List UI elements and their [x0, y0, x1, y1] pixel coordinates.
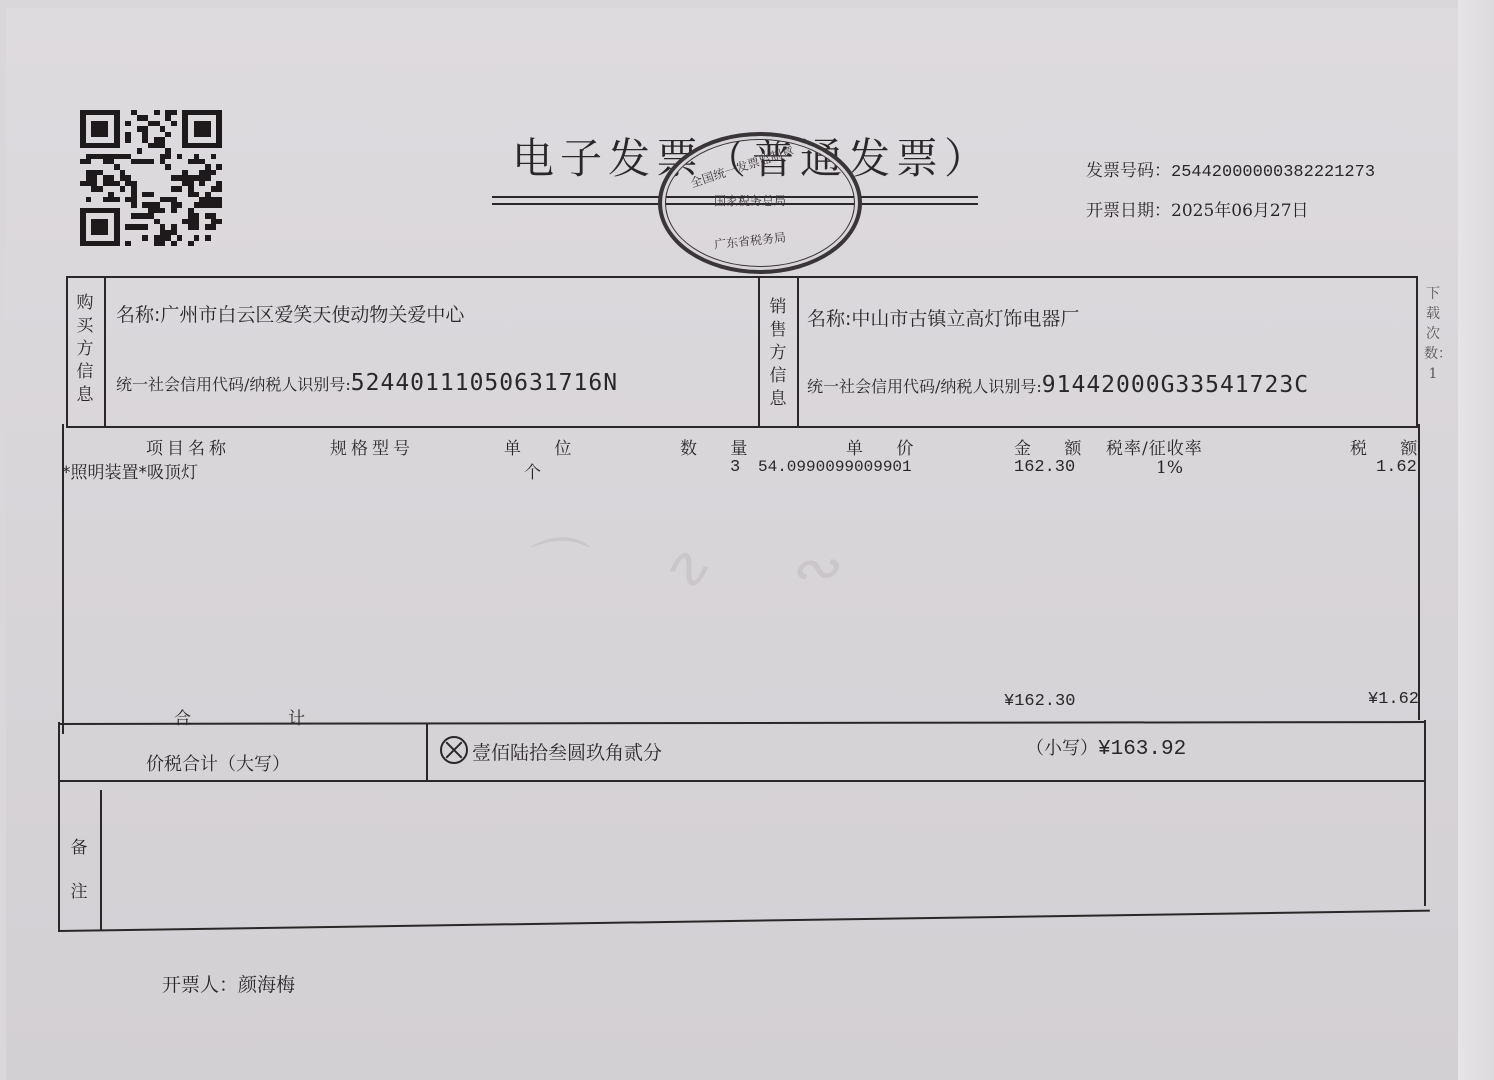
item-unit-price: 54.0990099009901	[758, 458, 912, 476]
remarks-label: 备注	[68, 826, 90, 914]
remarks-content	[110, 800, 1410, 910]
divider	[426, 724, 428, 782]
divider	[1424, 720, 1426, 906]
grand-total-label: 价税合计（大写）	[146, 750, 290, 776]
grand-total-lowercase: （小写）¥163.92	[1026, 734, 1186, 761]
header-unit-price: 单 价	[846, 434, 927, 459]
issuer-name: 颜海梅	[238, 974, 295, 996]
divider	[797, 278, 799, 426]
qr-code	[80, 110, 222, 246]
buyer-tax-id-label: 统一社会信用代码/纳税人识别号:	[116, 375, 351, 394]
item-quantity: 3	[730, 458, 740, 477]
invoice-date-label: 开票日期：	[1086, 201, 1171, 221]
divider	[758, 278, 760, 426]
party-section	[66, 276, 1418, 428]
total-tax: ¥1.62	[1368, 690, 1419, 709]
buyer-tax-id-value: 52440111050631716N	[351, 370, 618, 396]
total-amount: ¥162.30	[1004, 692, 1075, 711]
item-tax-rate: 1%	[1156, 458, 1183, 478]
divider	[100, 790, 102, 930]
seller-name-value: 中山市古镇立高灯饰电器厂	[851, 308, 1079, 330]
invoice-number: 发票号码：25442000000382221273	[1086, 156, 1375, 182]
seal-bottom-text: 广东省税务局	[713, 228, 786, 252]
seal-top-text: 全国统一发票监制章	[688, 142, 796, 192]
items-right-border	[1418, 424, 1420, 720]
divider	[104, 276, 106, 426]
buyer-section-label: 购买方信息	[74, 292, 96, 407]
buyer-name: 名称:广州市白云区爱笑天使动物关爱中心	[116, 300, 464, 327]
item-unit: 个	[524, 458, 541, 483]
circle-x-icon	[440, 736, 468, 764]
grand-total-lowercase-value: ¥163.92	[1098, 738, 1186, 761]
divider	[58, 780, 1426, 782]
header-quantity: 数 量	[680, 434, 761, 459]
invoice-number-value: 25442000000382221273	[1171, 163, 1375, 182]
seller-name-label: 名称:	[807, 308, 851, 330]
download-count: 下载次数：1	[1424, 284, 1442, 384]
item-name: *照明装置*吸顶灯	[62, 458, 198, 483]
header-tax-rate: 税率/征收率	[1106, 434, 1203, 459]
grand-total-uppercase: 壹佰陆拾叁圆玖角贰分	[440, 736, 662, 765]
divider	[58, 722, 60, 932]
grand-total-uppercase-value: 壹佰陆拾叁圆玖角贰分	[472, 742, 662, 764]
seller-name: 名称:中山市古镇立高灯饰电器厂	[807, 304, 1079, 331]
header-tax: 税 额	[1350, 434, 1431, 459]
header-item-name: 项目名称	[146, 434, 230, 459]
invoice-date: 开票日期：2025年06月27日	[1086, 196, 1309, 221]
seller-tax-id-value: 91442000G33541723C	[1042, 372, 1309, 398]
download-count-value: 1	[1429, 366, 1438, 382]
seller-tax-id: 统一社会信用代码/纳税人识别号:91442000G33541723C	[807, 372, 1309, 398]
item-amount: 162.30	[1014, 458, 1075, 477]
grand-total-lowercase-label: （小写）	[1026, 738, 1098, 759]
header-amount: 金 额	[1014, 434, 1095, 459]
item-tax: 1.62	[1376, 458, 1417, 477]
buyer-name-label: 名称:	[116, 304, 160, 326]
tax-seal: 全国统一发票监制章 国家税务总局 广东省税务局	[658, 132, 862, 274]
buyer-name-value: 广州市白云区爱笑天使动物关爱中心	[160, 304, 464, 326]
header-unit: 单 位	[504, 434, 585, 459]
seal-middle-text: 国家税务总局	[714, 192, 786, 209]
paper-edge	[1458, 0, 1494, 1080]
invoice-date-value: 2025年06月27日	[1171, 201, 1309, 221]
show-through-handwriting: ⌒ ∿ ∾	[520, 520, 869, 606]
header-spec: 规格型号	[330, 434, 414, 459]
buyer-tax-id: 统一社会信用代码/纳税人识别号:52440111050631716N	[116, 370, 618, 396]
issuer-label: 开票人：	[162, 974, 238, 996]
seller-tax-id-label: 统一社会信用代码/纳税人识别号:	[807, 377, 1042, 396]
total-label: 合 计	[174, 704, 307, 729]
issuer: 开票人：颜海梅	[162, 970, 295, 997]
seller-section-label: 销售方信息	[767, 296, 789, 411]
invoice-number-label: 发票号码：	[1086, 161, 1171, 181]
